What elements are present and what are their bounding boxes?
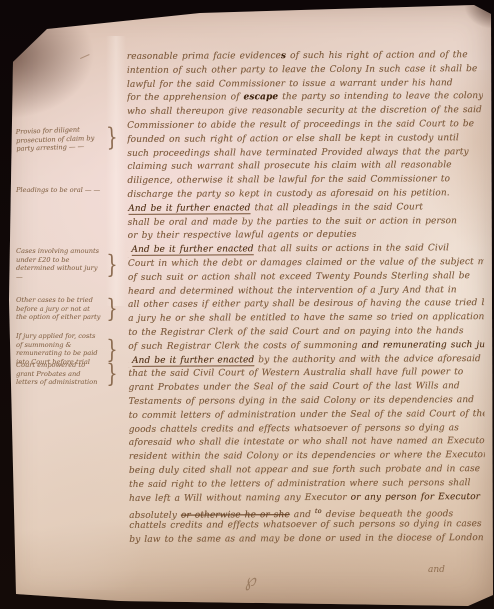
manuscript-text: Court in which the debt or damages claim…: [128, 257, 484, 269]
manuscript-text: that all pleadings in the said Court: [250, 202, 423, 213]
manuscript-line: to commit letters of administration unde…: [129, 408, 485, 424]
manuscript-line: to the Registrar Clerk of the said Court…: [128, 325, 484, 341]
manuscript-text: and remunerating such jury: [362, 340, 485, 351]
margin-note: Cases involving amounts under £20 to be …: [16, 247, 120, 281]
manuscript-text: or any person for Executor: [351, 492, 480, 503]
manuscript-text: have left a Will without naming any Exec…: [129, 492, 351, 503]
manuscript-text: Commissioner to abide the result of proc…: [127, 119, 474, 131]
manuscript-text: escape: [243, 93, 278, 103]
manuscript-text: goods chattels credits and effects whats…: [129, 423, 459, 435]
margin-note: Court empowered to grant Probates and le…: [16, 361, 120, 387]
manuscript-text: of such his right of action and of the: [286, 50, 468, 61]
manuscript-line: of such suit or action shall not exceed …: [128, 270, 484, 286]
enacting-clause-heading: And be it further enacted: [132, 355, 254, 367]
margin-note: Proviso for diligent prosecution of clai…: [16, 124, 121, 153]
margin-brace: }: [106, 125, 118, 150]
manuscript-text: that the said Civil Court of Western Aus…: [128, 368, 463, 380]
manuscript-text: grant Probates under the Seal of the sai…: [128, 381, 459, 393]
manuscript-text: by the authority and with the advice afo…: [254, 354, 481, 365]
manuscript-text: heard and determined without the interve…: [128, 285, 457, 297]
manuscript-text: who shall thereupon give reasonable secu…: [127, 105, 482, 117]
enacting-clause-heading: And be it further enacted: [128, 203, 250, 215]
manuscript-text: absolutely: [129, 511, 181, 520]
manuscript-line: discharge the party so kept in custody a…: [127, 187, 483, 203]
manuscript-text: of such suit or action shall not exceed …: [128, 271, 470, 283]
margin-note-text: Proviso for diligent prosecution of clai…: [16, 125, 103, 154]
manuscript-text: that all suits or actions in the said Ci…: [254, 243, 449, 254]
manuscript-line: founded on such right of action or else …: [127, 132, 483, 148]
manuscript-text: or by their respective lawful agents or …: [128, 230, 357, 241]
manuscript-text: to the Registrar Clerk of the said Court…: [128, 326, 463, 338]
pen-flourish: ℘: [242, 570, 257, 592]
clause-number: 11.: [128, 244, 129, 258]
margin-note-text: Court empowered to grant Probates and le…: [16, 361, 102, 387]
manuscript-text: by law to the same as and may be done or…: [129, 533, 483, 545]
enacting-clause-heading: And be it further enacted: [131, 244, 253, 256]
catchword: and: [428, 565, 445, 575]
manuscript-text: diligence, otherwise it shall be lawful …: [127, 174, 450, 186]
manuscript-text: intention of such other party to leave t…: [127, 64, 478, 76]
manuscript-line: of such Registrar Clerk the costs of sum…: [128, 339, 484, 355]
photograph-background: Proviso for diligent prosecution of clai…: [0, 0, 494, 609]
manuscript-text: resident within the said Colony or its d…: [129, 450, 485, 462]
margin-brace: }: [106, 252, 117, 277]
manuscript-body: reasonable prima facie evidences of such…: [127, 49, 486, 548]
manuscript-line: being duly cited shall not appear and su…: [129, 463, 485, 479]
manuscript-text: founded on such right of action or else …: [127, 133, 459, 145]
manuscript-page: Proviso for diligent prosecution of clai…: [0, 0, 494, 609]
manuscript-text: reasonable prima facie evidence: [127, 51, 281, 62]
manuscript-text: to: [315, 507, 322, 515]
manuscript-text: Testaments of persons dying in the said …: [129, 395, 475, 407]
margin-brace: }: [106, 337, 117, 362]
manuscript-text: to commit letters of administration unde…: [129, 409, 485, 421]
margin-note-text: Other cases to be tried before a jury or…: [16, 296, 102, 322]
manuscript-text: aforesaid who shall die intestate or who…: [129, 436, 485, 448]
manuscript-text: all other cases if either party shall be…: [128, 298, 484, 310]
manuscript-text: a jury he or she shall be entitled to ha…: [128, 312, 484, 324]
margin-brace: }: [106, 361, 117, 386]
manuscript-text: discharge the party so kept in custody a…: [127, 188, 449, 200]
manuscript-text: shall be oral and made by the parties to…: [128, 216, 457, 228]
manuscript-text: the said right to the letters of adminis…: [129, 478, 471, 490]
manuscript-text: the party so intending to leave the colo…: [278, 91, 483, 102]
manuscript-text: lawful for the said Commissioner to issu…: [127, 78, 453, 90]
manuscript-line: intention of such other party to leave t…: [127, 63, 483, 79]
manuscript-text: claiming such warrant shall prosecute hi…: [127, 161, 451, 173]
margin-brace: }: [106, 296, 117, 321]
manuscript-line: Testaments of persons dying in the said …: [129, 394, 485, 410]
manuscript-text: chattels credits and effects whatsoever …: [129, 519, 485, 531]
faint-ink-mark: [80, 54, 90, 60]
manuscript-line: by law to the same as and may be done or…: [129, 532, 485, 548]
margin-note-text: Pleadings to be oral — —: [16, 186, 100, 195]
margin-note: Pleadings to be oral — —: [16, 186, 136, 195]
manuscript-text: of such Registrar Clerk the costs of sum…: [128, 340, 361, 351]
margin-note: Other cases to be tried before a jury or…: [16, 296, 120, 322]
manuscript-line: shall be oral and made by the parties to…: [128, 215, 484, 231]
manuscript-text: such proceedings shall have terminated P…: [127, 147, 468, 159]
manuscript-line: the said right to the letters of adminis…: [129, 477, 485, 493]
manuscript-text: for the apprehension of: [127, 93, 244, 104]
margin-note-text: Cases involving amounts under £20 to be …: [16, 247, 102, 281]
clause-number: 12.: [128, 354, 129, 368]
manuscript-text: being duly cited shall not appear and su…: [129, 464, 480, 476]
